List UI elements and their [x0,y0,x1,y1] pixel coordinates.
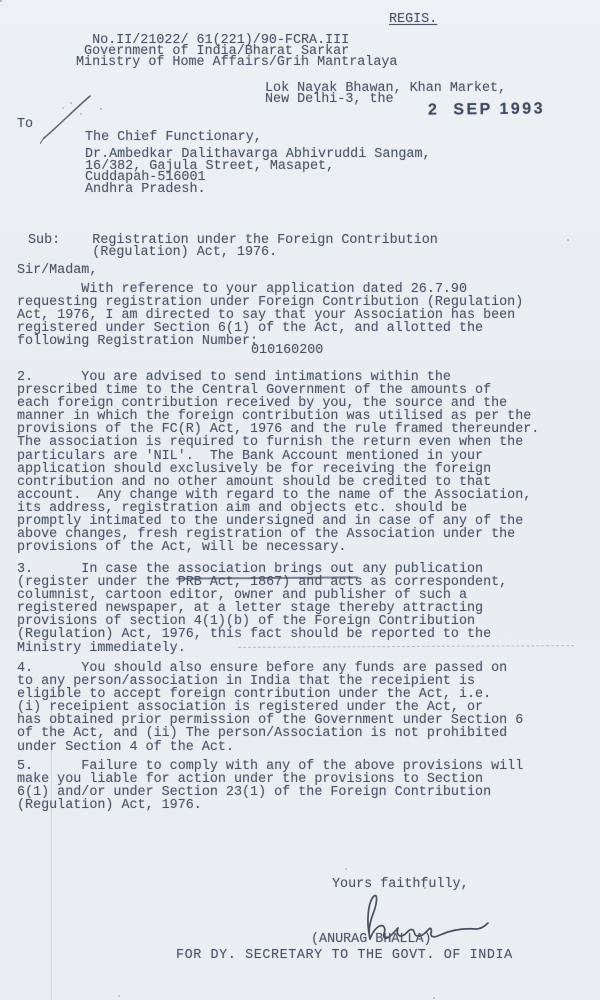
recipient-name: The Chief Functionary, [85,131,262,144]
closing-salutation: Yours faithfully, [332,878,469,891]
paragraph-2: 2. You are advised to send intimations w… [17,371,539,554]
registration-number: 010160200 [251,344,323,357]
date-stamp: 2 SEP 1993 [428,100,545,119]
reference-number-block: No.II/21022/ 61(221)/90-FCRA.III Governm… [76,36,397,68]
subject-line: Sub: Registration under the Foreign Cont… [28,235,438,259]
paragraph-4: 4. You should also ensure before any fun… [17,662,523,754]
regis-label: REGIS. [389,13,437,26]
scanned-letter-page: REGIS. No.II/21022/ 61(221)/90-FCRA.III … [0,0,600,1000]
paragraph-1: With reference to your application dated… [17,283,523,348]
paragraph-5: 5. Failure to comply with any of the abo… [17,760,523,812]
scan-speckles [0,0,2,2]
recipient-address: Dr.Ambedkar Dalithavarga Abhivruddi Sang… [85,149,431,195]
scan-artifact-line [51,680,52,1000]
signer-title: FOR DY. SECRETARY TO THE GOVT. OF INDIA [176,949,513,962]
to-label: To [17,118,33,131]
signer-name: (ANURAG BHALLA) [311,933,432,946]
salutation: Sir/Madam, [17,264,97,277]
